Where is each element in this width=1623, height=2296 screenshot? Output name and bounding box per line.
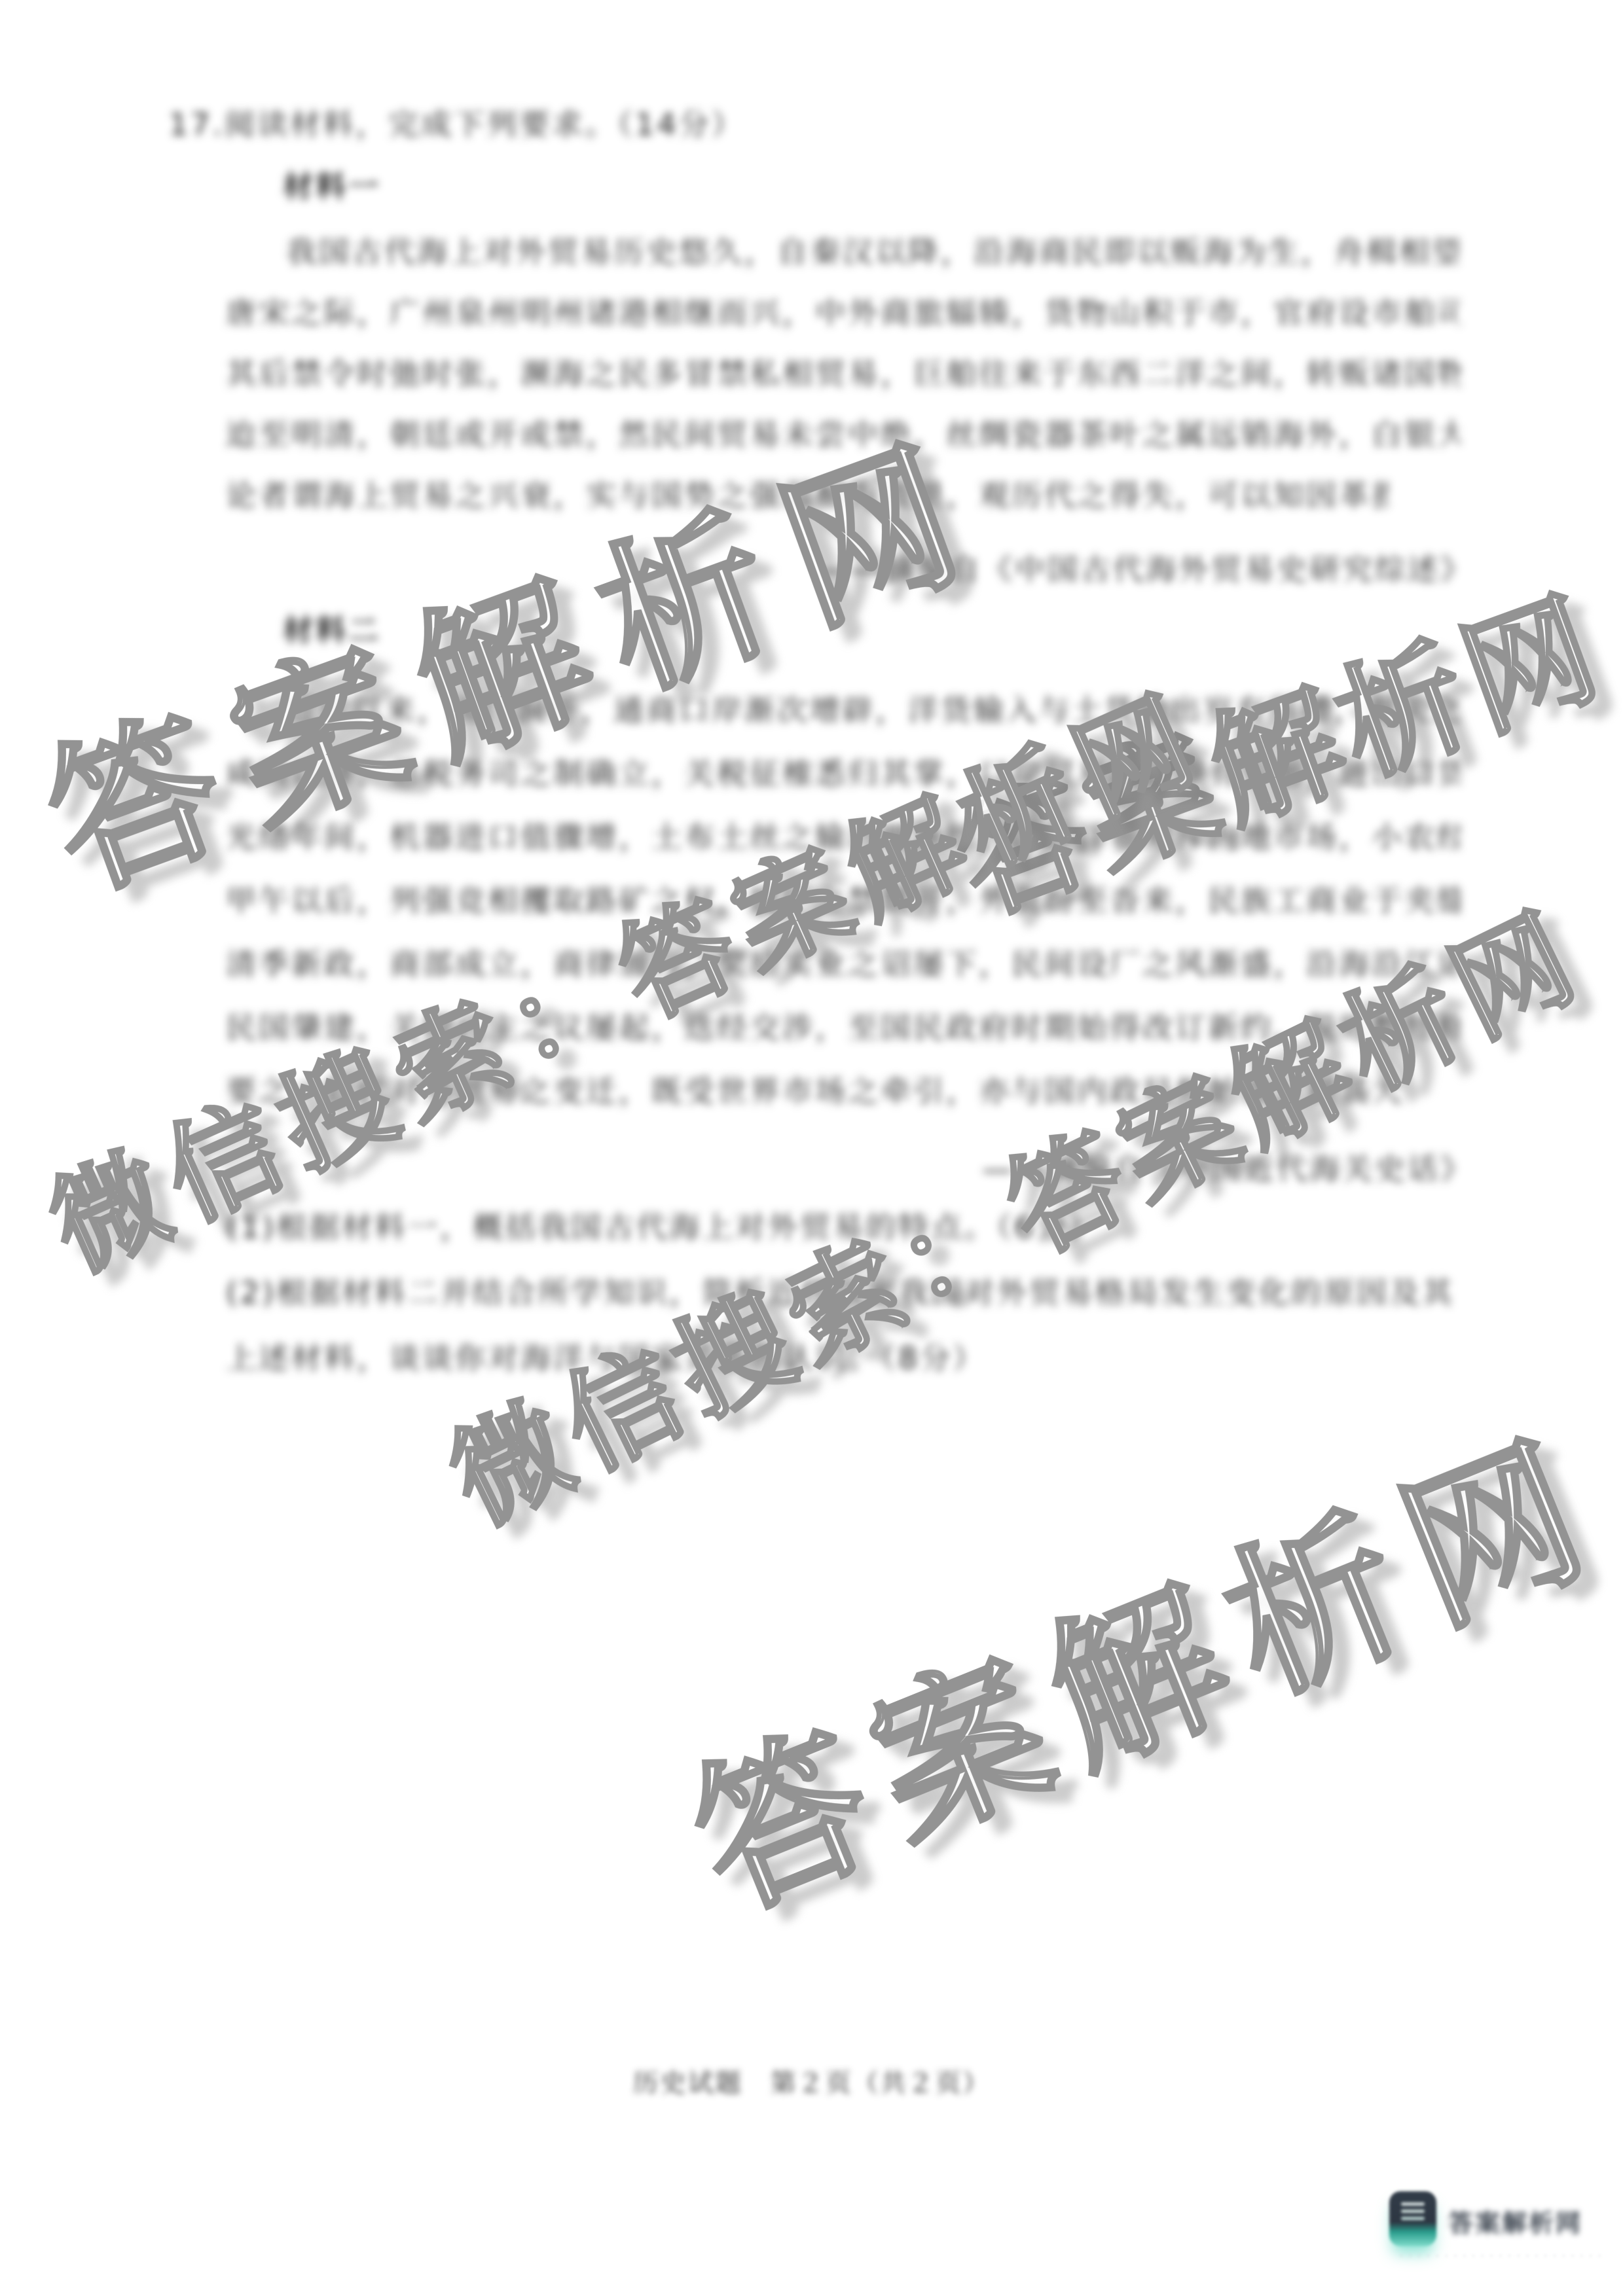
- material-2-line: 民国肇建，关税自主之议屡起，迭经交涉，至国民政府时期始得改订新约，税则数经修订，…: [226, 1007, 1460, 1049]
- site-logo-name: 答案解析网: [1448, 2203, 1582, 2239]
- question-1: (1)根据材料一，概括我国古代海上对外贸易的特点。（6分）: [226, 1207, 1101, 1249]
- material-1-line: 唐宋之际，广州泉州明州诸港相继而兴，中外商旅辐辏，货物山积于市，官府设市舶司以掌…: [226, 293, 1460, 334]
- material-2-line: 近代以来，国门洞开，通商口岸渐次增辟，洋货输入与土货输出岁有所增，海关之制亦随之…: [286, 690, 1459, 732]
- material-2-line: 甲午以后，列强竞相攫取路矿之权，设厂之禁既开，外资纷至沓来，民族工商业于夹缝中艰…: [226, 880, 1460, 922]
- site-logo-tagline: ·······················: [1400, 2250, 1607, 2262]
- material-1-line: 其后禁令时弛时张，濒海之民多冒禁私相贸易，巨舶往来于东西二洋之间，转贩诸国物产，…: [226, 353, 1460, 395]
- material-1-line: 论者谓海上贸易之兴衰，实与国势之强弱相为表里，观历代之得失，可以知因革损益之故，…: [226, 475, 1389, 517]
- site-logo: 答案解析网 ·······················: [1389, 2190, 1592, 2271]
- question-2-line: (2)根据材料二并结合所学知识，简析近代以来我国对外贸易格局发生变化的原因及其对…: [226, 1272, 1450, 1314]
- watermark-brand-bottom: 答案解析网: [655, 1370, 1623, 1953]
- logo-text-bars-icon: [1401, 2202, 1425, 2206]
- material-2-line: 要之，近代对外贸易之变迁，既受世界市场之牵引，亦与国内政局相始终，观其大势，可见…: [226, 1071, 1404, 1113]
- material-1-line: 我国古代海上对外贸易历史悠久，自秦汉以降，沿海商民即以贩海为生，舟楫相望于道，番…: [286, 232, 1458, 274]
- material-1-line: 迨至明清，朝廷或开或禁，然民间贸易未尝中绝，丝绸瓷器茶叶之属远销海外，白银大量流…: [226, 414, 1460, 456]
- material-1-source: ——摘编自《中国古代海外贸易史研究综述》: [818, 549, 1473, 591]
- material-2-line: 咸同以降，总税务司之制确立，关税征榷悉归其掌，口岸贸易统计岁有专册，进出口货值逐…: [226, 753, 1460, 795]
- material-2-source: ——摘编自《中国近代海关史话》: [982, 1149, 1473, 1191]
- material-2-line: 光绪年间，机器进口值骤增，土布土丝之输出则渐绌，洋纱洋布充斥内地市场，小农经济受…: [226, 817, 1460, 859]
- exam-paper-page: 17.阅读材料，完成下列要求。（14分） 材料一 我国古代海上对外贸易历史悠久，…: [0, 0, 1623, 2296]
- material-2-line: 清季新政，商部成立，商律颁行，奖励实业之诏屡下，民间设厂之风渐盛，沿海沿江诸省尤…: [226, 944, 1460, 986]
- question-2-line: 上述材料，谈谈你对海洋与国家关系的认识。（8分）: [226, 1338, 985, 1380]
- page-footer: 历史试题 第２页（共２页）: [632, 2063, 990, 2100]
- material-1-label: 材料一: [283, 166, 381, 208]
- question-header: 17.阅读材料，完成下列要求。（14分）: [169, 104, 744, 146]
- site-logo-icon: [1389, 2191, 1436, 2246]
- material-2-label: 材料二: [283, 610, 381, 652]
